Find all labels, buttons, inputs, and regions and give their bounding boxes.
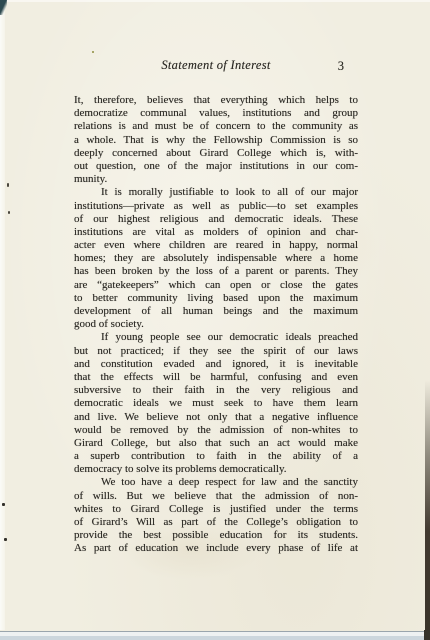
text-line: provide the best possible education for … bbox=[74, 529, 358, 542]
binding-speck bbox=[7, 183, 9, 187]
bottom-edge-shadow bbox=[0, 631, 430, 640]
text-line: but not practiced; if they see the spiri… bbox=[74, 345, 358, 358]
paragraph: It, therefore, believes that everything … bbox=[74, 94, 358, 186]
text-line: would be removed by the admission of non… bbox=[74, 424, 358, 437]
top-page-edge bbox=[0, 0, 430, 2]
text-line: subversive to their faith in the very re… bbox=[74, 384, 358, 397]
text-line: of our highest religious and democratic … bbox=[74, 213, 358, 226]
text-line: of wills. But we believe that the admiss… bbox=[74, 490, 358, 503]
top-left-corner-shadow bbox=[0, 0, 7, 15]
text-line: deeply concerned about Girard College wh… bbox=[74, 147, 358, 160]
paragraph: It is morally justifiable to look to all… bbox=[74, 186, 358, 331]
text-line: a whole. That is why the Fellowship Comm… bbox=[74, 134, 358, 147]
text-line: out question, one of the major instituti… bbox=[74, 160, 358, 173]
binding-speck bbox=[4, 538, 7, 541]
text-line: It is morally justifiable to look to all… bbox=[74, 186, 358, 199]
text-line: to better community living based upon th… bbox=[74, 292, 358, 305]
text-line: We too have a deep respect for law and t… bbox=[74, 476, 358, 489]
text-line: and live. We believe not only that a neg… bbox=[74, 411, 358, 424]
paragraph: We too have a deep respect for law and t… bbox=[74, 476, 358, 555]
text-line: institutions are vital as molders of opi… bbox=[74, 226, 358, 239]
text-line: democratic ideals we must seek to have t… bbox=[74, 397, 358, 410]
text-line: relations is and must be of concern to t… bbox=[74, 120, 358, 133]
text-line: that the effects will be harmful, confus… bbox=[74, 371, 358, 384]
text-line: whites to Girard College is justified un… bbox=[74, 503, 358, 516]
left-page-edge bbox=[0, 0, 5, 630]
text-line: As part of education we include every ph… bbox=[74, 542, 358, 555]
text-line: a superb contribution to faith in the ab… bbox=[74, 450, 358, 463]
text-line: and constitution evaded and ignored, it … bbox=[74, 358, 358, 371]
running-title: Statement of Interest bbox=[74, 58, 358, 73]
text-line: are “gatekeepers” which can open or clos… bbox=[74, 279, 358, 292]
binding-speck bbox=[2, 503, 5, 506]
text-line: democratize communal values, institution… bbox=[74, 107, 358, 120]
text-line: democracy to solve its problems democrat… bbox=[74, 463, 358, 476]
text-line: of Girard’s Will as part of the College’… bbox=[74, 516, 358, 529]
text-line: development of all human beings and the … bbox=[74, 305, 358, 318]
bottom-right-corner-shadow bbox=[424, 630, 430, 640]
page-header: Statement of Interest 3 bbox=[74, 58, 358, 94]
text-line: acter even where children are reared in … bbox=[74, 239, 358, 252]
page-number: 3 bbox=[338, 59, 344, 74]
text-line: munity. bbox=[74, 173, 358, 186]
text-column: Statement of Interest 3 It, therefore, b… bbox=[74, 58, 358, 556]
scanned-book-page: Statement of Interest 3 It, therefore, b… bbox=[0, 0, 430, 640]
paper-speck bbox=[92, 51, 94, 53]
binding-speck bbox=[8, 211, 10, 214]
text-line: has been broken by the loss of a parent … bbox=[74, 265, 358, 278]
text-line: homes; they are absolutely indispensable… bbox=[74, 252, 358, 265]
page-body: It, therefore, believes that everything … bbox=[74, 94, 358, 556]
text-line: If young people see our democratic ideal… bbox=[74, 331, 358, 344]
text-line: Girard College, but also that such an ac… bbox=[74, 437, 358, 450]
text-line: institutions—private as well as public—t… bbox=[74, 200, 358, 213]
paragraph: If young people see our democratic ideal… bbox=[74, 331, 358, 476]
text-line: good of society. bbox=[74, 318, 358, 331]
text-line: It, therefore, believes that everything … bbox=[74, 94, 358, 107]
right-edge-shadow bbox=[425, 380, 430, 632]
